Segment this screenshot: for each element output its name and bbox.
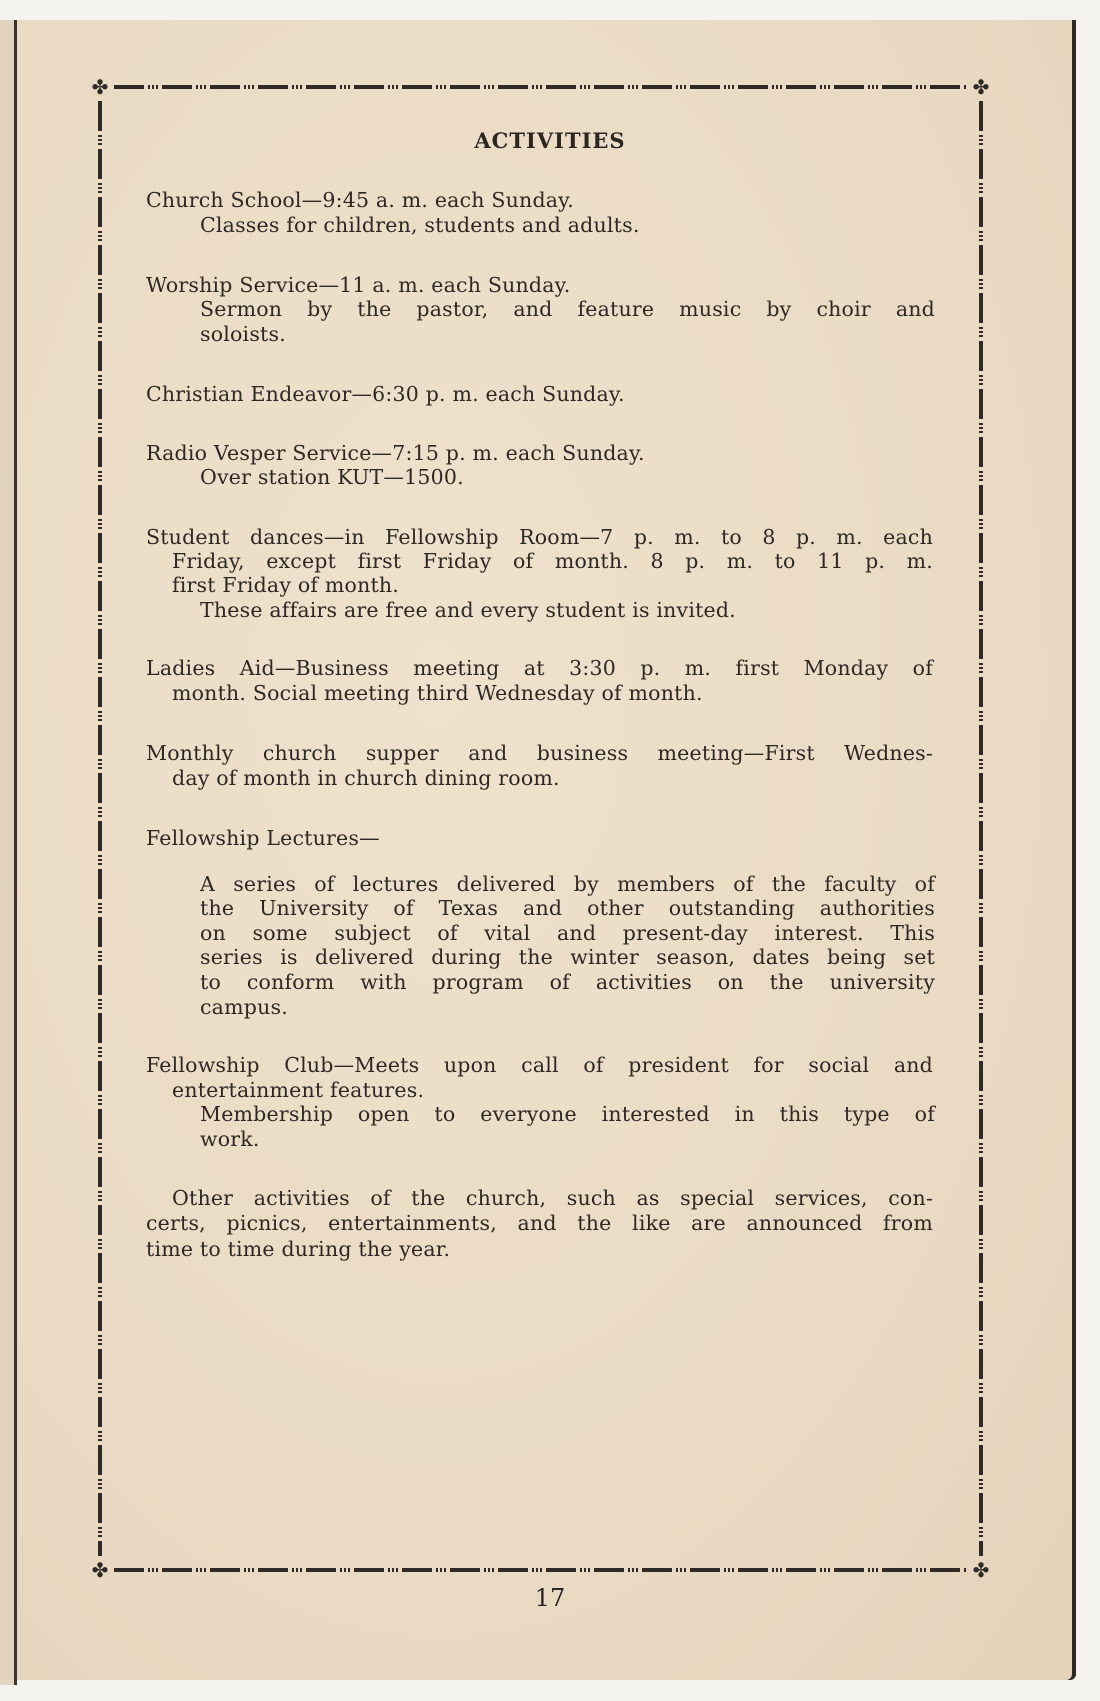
cross-ornament-icon: ✤ <box>971 1560 991 1580</box>
page-title: ACTIVITIES <box>0 128 1100 153</box>
entry-line: to conform with program of activities on… <box>200 970 935 994</box>
entry-heading-worship-service: Worship Service—11 a. m. each Sunday. <box>146 273 570 297</box>
entry-line: Classes for children, students and adult… <box>200 213 640 237</box>
cross-ornament-icon: ✤ <box>971 77 991 97</box>
cross-ornament-icon: ✤ <box>90 1560 110 1580</box>
entry-line: campus. <box>200 995 288 1019</box>
page-number: 17 <box>0 1584 1100 1612</box>
entry-line: day of month in church dining room. <box>172 766 560 790</box>
entry-heading-fellowship-lectures: Fellowship Lectures— <box>146 826 380 850</box>
entry-line: Over station KUT—1500. <box>200 465 464 489</box>
entry-heading-radio-vesper: Radio Vesper Service—7:15 p. m. each Sun… <box>146 441 645 465</box>
entry-line: A series of lectures delivered by member… <box>200 872 935 896</box>
entry-line: Friday, except first Friday of month. 8 … <box>172 549 933 573</box>
entry-line: first Friday of month. <box>172 573 399 597</box>
entry-line: Membership open to everyone interested i… <box>200 1102 935 1126</box>
entry-line: Sermon by the pastor, and feature music … <box>200 297 935 321</box>
entry-line: work. <box>200 1127 260 1151</box>
border-right <box>979 101 983 1556</box>
closing-paragraph-line: certs, picnics, entertainments, and the … <box>146 1211 933 1235</box>
entry-heading-ladies-aid: Ladies Aid—Business meeting at 3:30 p. m… <box>146 656 933 680</box>
entry-heading-student-dances: Student dances—in Fellowship Room—7 p. m… <box>146 525 933 549</box>
entry-line: the University of Texas and other outsta… <box>200 896 935 920</box>
entry-heading-fellowship-club: Fellowship Club—Meets upon call of presi… <box>146 1053 933 1077</box>
entry-line: series is delivered during the winter se… <box>200 945 935 969</box>
adjacent-page-edge <box>0 20 17 1685</box>
closing-paragraph-line: time to time during the year. <box>146 1237 450 1261</box>
entry-line: These affairs are free and every student… <box>200 598 736 622</box>
border-bottom <box>114 1568 967 1572</box>
entry-heading-christian-endeavor: Christian Endeavor—6:30 p. m. each Sunda… <box>146 382 625 406</box>
border-top <box>114 85 967 89</box>
entry-line: entertainment features. <box>172 1078 424 1102</box>
border-left <box>98 101 102 1556</box>
entry-heading-church-school: Church School—9:45 a. m. each Sunday. <box>146 188 574 212</box>
entry-line: soloists. <box>200 322 286 346</box>
cross-ornament-icon: ✤ <box>90 77 110 97</box>
closing-paragraph-line: Other activities of the church, such as … <box>172 1186 933 1210</box>
entry-line: month. Social meeting third Wednesday of… <box>172 681 703 705</box>
entry-line: on some subject of vital and present-day… <box>200 921 935 945</box>
entry-heading-monthly-supper: Monthly church supper and business meeti… <box>146 741 933 765</box>
